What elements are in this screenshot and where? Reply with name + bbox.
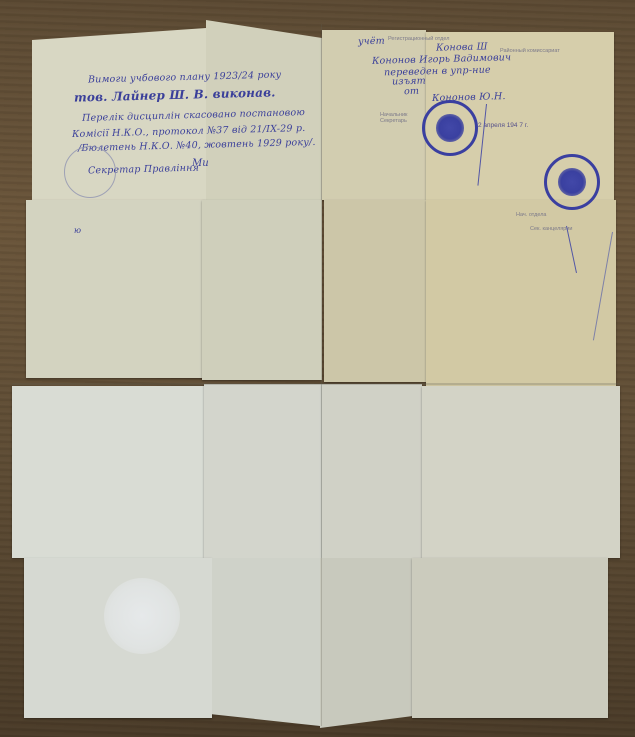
left-margin-mark: ю bbox=[74, 226, 81, 235]
typed-fragment-1: Регистрационный отдел bbox=[388, 36, 449, 42]
blue-round-stamp-1 bbox=[422, 100, 478, 156]
right-hand-2: Конова Ш bbox=[436, 41, 488, 53]
paper-panel-lower-left-1 bbox=[12, 386, 204, 558]
center-fold-vertical bbox=[321, 24, 322, 726]
paper-panel-lower-left-2 bbox=[204, 384, 322, 558]
paper-panel-lower-right-2 bbox=[422, 386, 620, 558]
paper-panel-mid-right-1 bbox=[324, 200, 426, 382]
paper-stain bbox=[104, 578, 180, 654]
paper-panel-mid-left-2 bbox=[202, 200, 322, 380]
center-fold-horizontal bbox=[12, 383, 620, 385]
paper-panel-mid-left-1 bbox=[26, 200, 206, 378]
faded-round-stamp bbox=[64, 146, 116, 198]
right-hand-1: учёт bbox=[358, 36, 385, 48]
typed-fragment-6: Нач. отдела bbox=[516, 212, 546, 218]
paper-panel-lower-right-1 bbox=[322, 384, 422, 558]
paper-panel-bottom-left-2 bbox=[212, 558, 320, 726]
paper-panel-bottom-right-2 bbox=[412, 558, 608, 718]
paper-panel-bottom-right-1 bbox=[320, 558, 412, 728]
right-hand-6: от bbox=[404, 86, 419, 97]
typed-fragment-4: Секретарь bbox=[380, 118, 407, 124]
stamp-date: 2 апреля 194 7 г. bbox=[478, 122, 528, 129]
blue-round-stamp-2 bbox=[544, 154, 600, 210]
left-signature: Ми bbox=[192, 158, 209, 169]
paper-panel-mid-right-2 bbox=[426, 200, 616, 386]
